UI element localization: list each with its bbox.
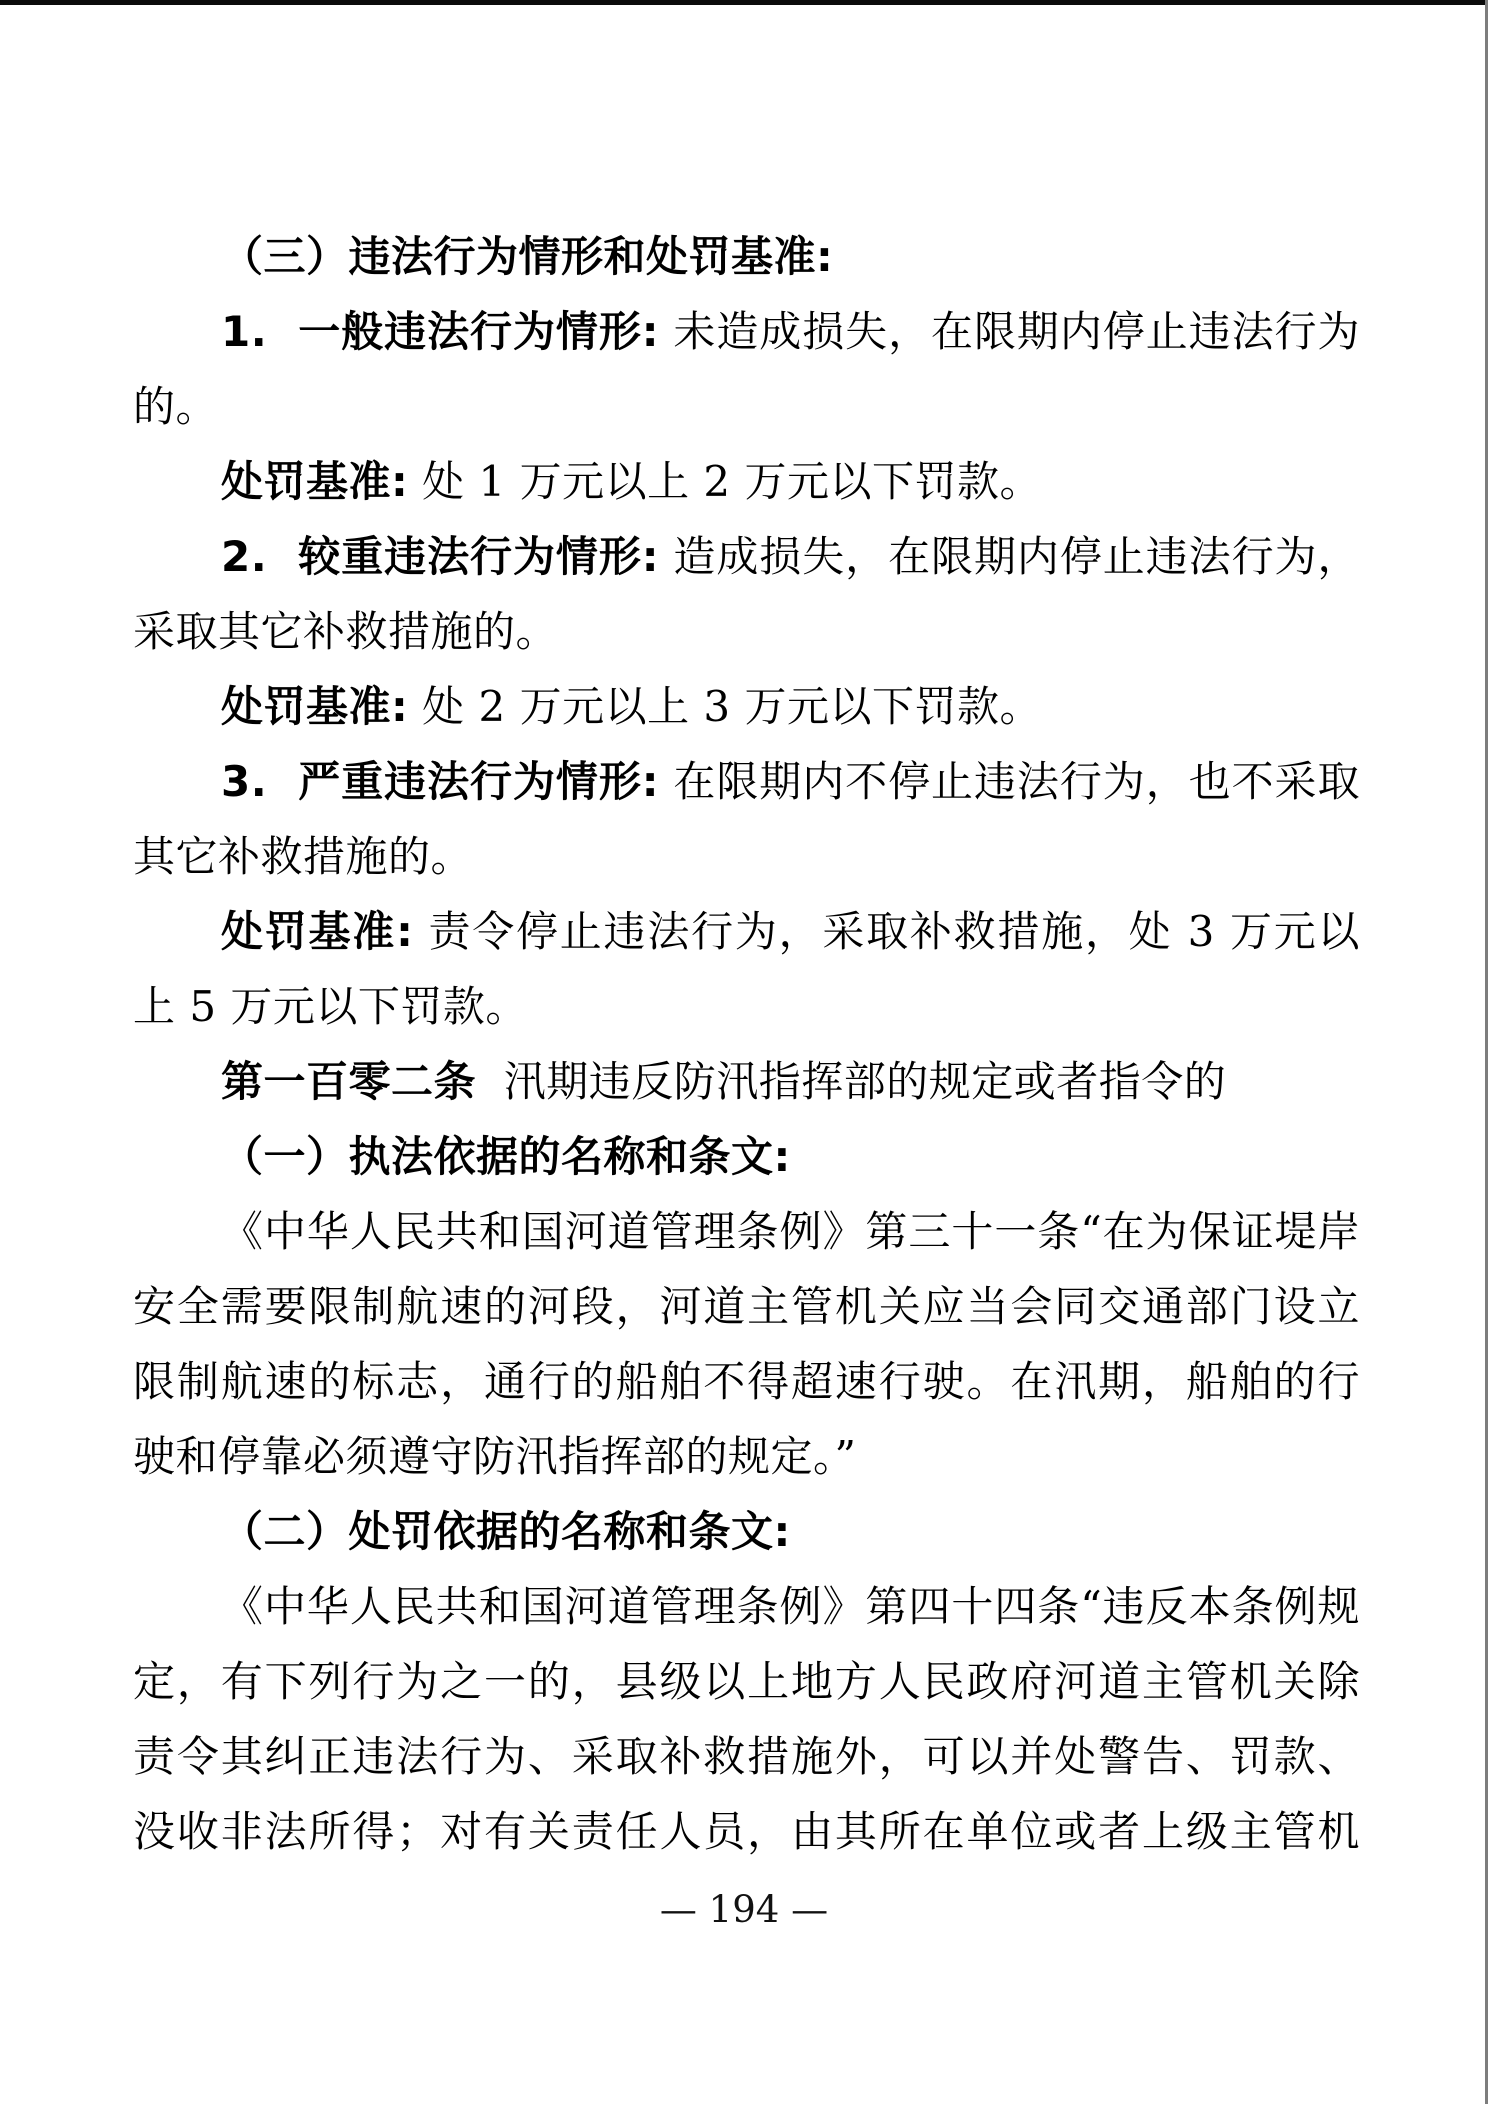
text-run: 安全需要限制航速的河段，河道主管机关应当会同交通部门设立 xyxy=(133,1282,1360,1331)
text-run: 定，有下列行为之一的，县级以上地方人民政府河道主管机关除 xyxy=(133,1657,1360,1706)
text-line: 的。 xyxy=(133,369,1360,444)
text-run-bold: （三）违法行为情形和处罚基准: xyxy=(221,232,833,281)
text-run-bold: 处罚基准: xyxy=(221,457,408,506)
text-line: 1. 一般违法行为情形: 未造成损失，在限期内停止违法行为 xyxy=(133,294,1360,369)
text-line: 2. 较重违法行为情形: 造成损失，在限期内停止违法行为， xyxy=(133,519,1360,594)
text-line: 《中华人民共和国河道管理条例》第四十四条“违反本条例规 xyxy=(133,1569,1360,1644)
text-run-bold: 处罚基准: xyxy=(221,682,408,731)
text-run-bold: 2. 较重违法行为情形: xyxy=(221,532,659,581)
text-run: 的。 xyxy=(133,382,218,431)
text-run-bold: 1. 一般违法行为情形: xyxy=(221,307,659,356)
text-run: 处 2 万元以上 3 万元以下罚款。 xyxy=(408,682,1042,731)
text-run-bold: （二）处罚依据的名称和条文: xyxy=(221,1507,791,1556)
text-line: 上 5 万元以下罚款。 xyxy=(133,969,1360,1044)
text-run: 处 1 万元以上 2 万元以下罚款。 xyxy=(408,457,1042,506)
text-run: 责令其纠正违法行为、采取补救措施外，可以并处警告、罚款、 xyxy=(133,1732,1360,1781)
text-line: 责令其纠正违法行为、采取补救措施外，可以并处警告、罚款、 xyxy=(133,1719,1360,1794)
text-line: 第一百零二条 汛期违反防汛指挥部的规定或者指令的 xyxy=(133,1044,1360,1119)
text-run: 未造成损失，在限期内停止违法行为 xyxy=(659,307,1360,356)
text-line: （一）执法依据的名称和条文: xyxy=(133,1119,1360,1194)
text-run: 上 5 万元以下罚款。 xyxy=(133,982,528,1031)
text-run-bold: 处罚基准: xyxy=(221,907,413,956)
text-run: 责令停止违法行为，采取补救措施，处 3 万元以 xyxy=(413,907,1360,956)
text-run: 采取其它补救措施的。 xyxy=(133,607,558,656)
text-line: 其它补救措施的。 xyxy=(133,819,1360,894)
text-line: 采取其它补救措施的。 xyxy=(133,594,1360,669)
text-line: 处罚基准: 处 2 万元以上 3 万元以下罚款。 xyxy=(133,669,1360,744)
text-line: 处罚基准: 处 1 万元以上 2 万元以下罚款。 xyxy=(133,444,1360,519)
text-run-bold: 3. 严重违法行为情形: xyxy=(221,757,659,806)
text-run: 汛期违反防汛指挥部的规定或者指令的 xyxy=(476,1057,1226,1106)
text-line: 3. 严重违法行为情形: 在限期内不停止违法行为，也不采取 xyxy=(133,744,1360,819)
text-line: 驶和停靠必须遵守防汛指挥部的规定。” xyxy=(133,1419,1360,1494)
page-number: — 194 — xyxy=(0,1880,1488,1940)
scan-top-edge xyxy=(0,0,1488,5)
text-line: （二）处罚依据的名称和条文: xyxy=(133,1494,1360,1569)
document-page: （三）违法行为情形和处罚基准:1. 一般违法行为情形: 未造成损失，在限期内停止… xyxy=(0,0,1488,2104)
text-run: 《中华人民共和国河道管理条例》第四十四条“违反本条例规 xyxy=(221,1582,1360,1631)
text-line: 定，有下列行为之一的，县级以上地方人民政府河道主管机关除 xyxy=(133,1644,1360,1719)
text-line: 限制航速的标志，通行的船舶不得超速行驶。在汛期，船舶的行 xyxy=(133,1344,1360,1419)
document-body: （三）违法行为情形和处罚基准:1. 一般违法行为情形: 未造成损失，在限期内停止… xyxy=(133,219,1360,1869)
text-line: 没收非法所得；对有关责任人员，由其所在单位或者上级主管机 xyxy=(133,1794,1360,1869)
text-run: 没收非法所得；对有关责任人员，由其所在单位或者上级主管机 xyxy=(133,1807,1360,1856)
text-line: 处罚基准: 责令停止违法行为，采取补救措施，处 3 万元以 xyxy=(133,894,1360,969)
text-run: 其它补救措施的。 xyxy=(133,832,473,881)
text-run: 驶和停靠必须遵守防汛指挥部的规定。” xyxy=(133,1432,856,1481)
text-run: 限制航速的标志，通行的船舶不得超速行驶。在汛期，船舶的行 xyxy=(133,1357,1360,1406)
text-run: 在限期内不停止违法行为，也不采取 xyxy=(659,757,1360,806)
text-line: 《中华人民共和国河道管理条例》第三十一条“在为保证堤岸 xyxy=(133,1194,1360,1269)
text-run-heavy: 第一百零二条 xyxy=(221,1057,476,1106)
text-line: 安全需要限制航速的河段，河道主管机关应当会同交通部门设立 xyxy=(133,1269,1360,1344)
text-line: （三）违法行为情形和处罚基准: xyxy=(133,219,1360,294)
text-run: 《中华人民共和国河道管理条例》第三十一条“在为保证堤岸 xyxy=(221,1207,1360,1256)
text-run: 造成损失，在限期内停止违法行为， xyxy=(659,532,1360,581)
text-run-bold: （一）执法依据的名称和条文: xyxy=(221,1132,791,1181)
